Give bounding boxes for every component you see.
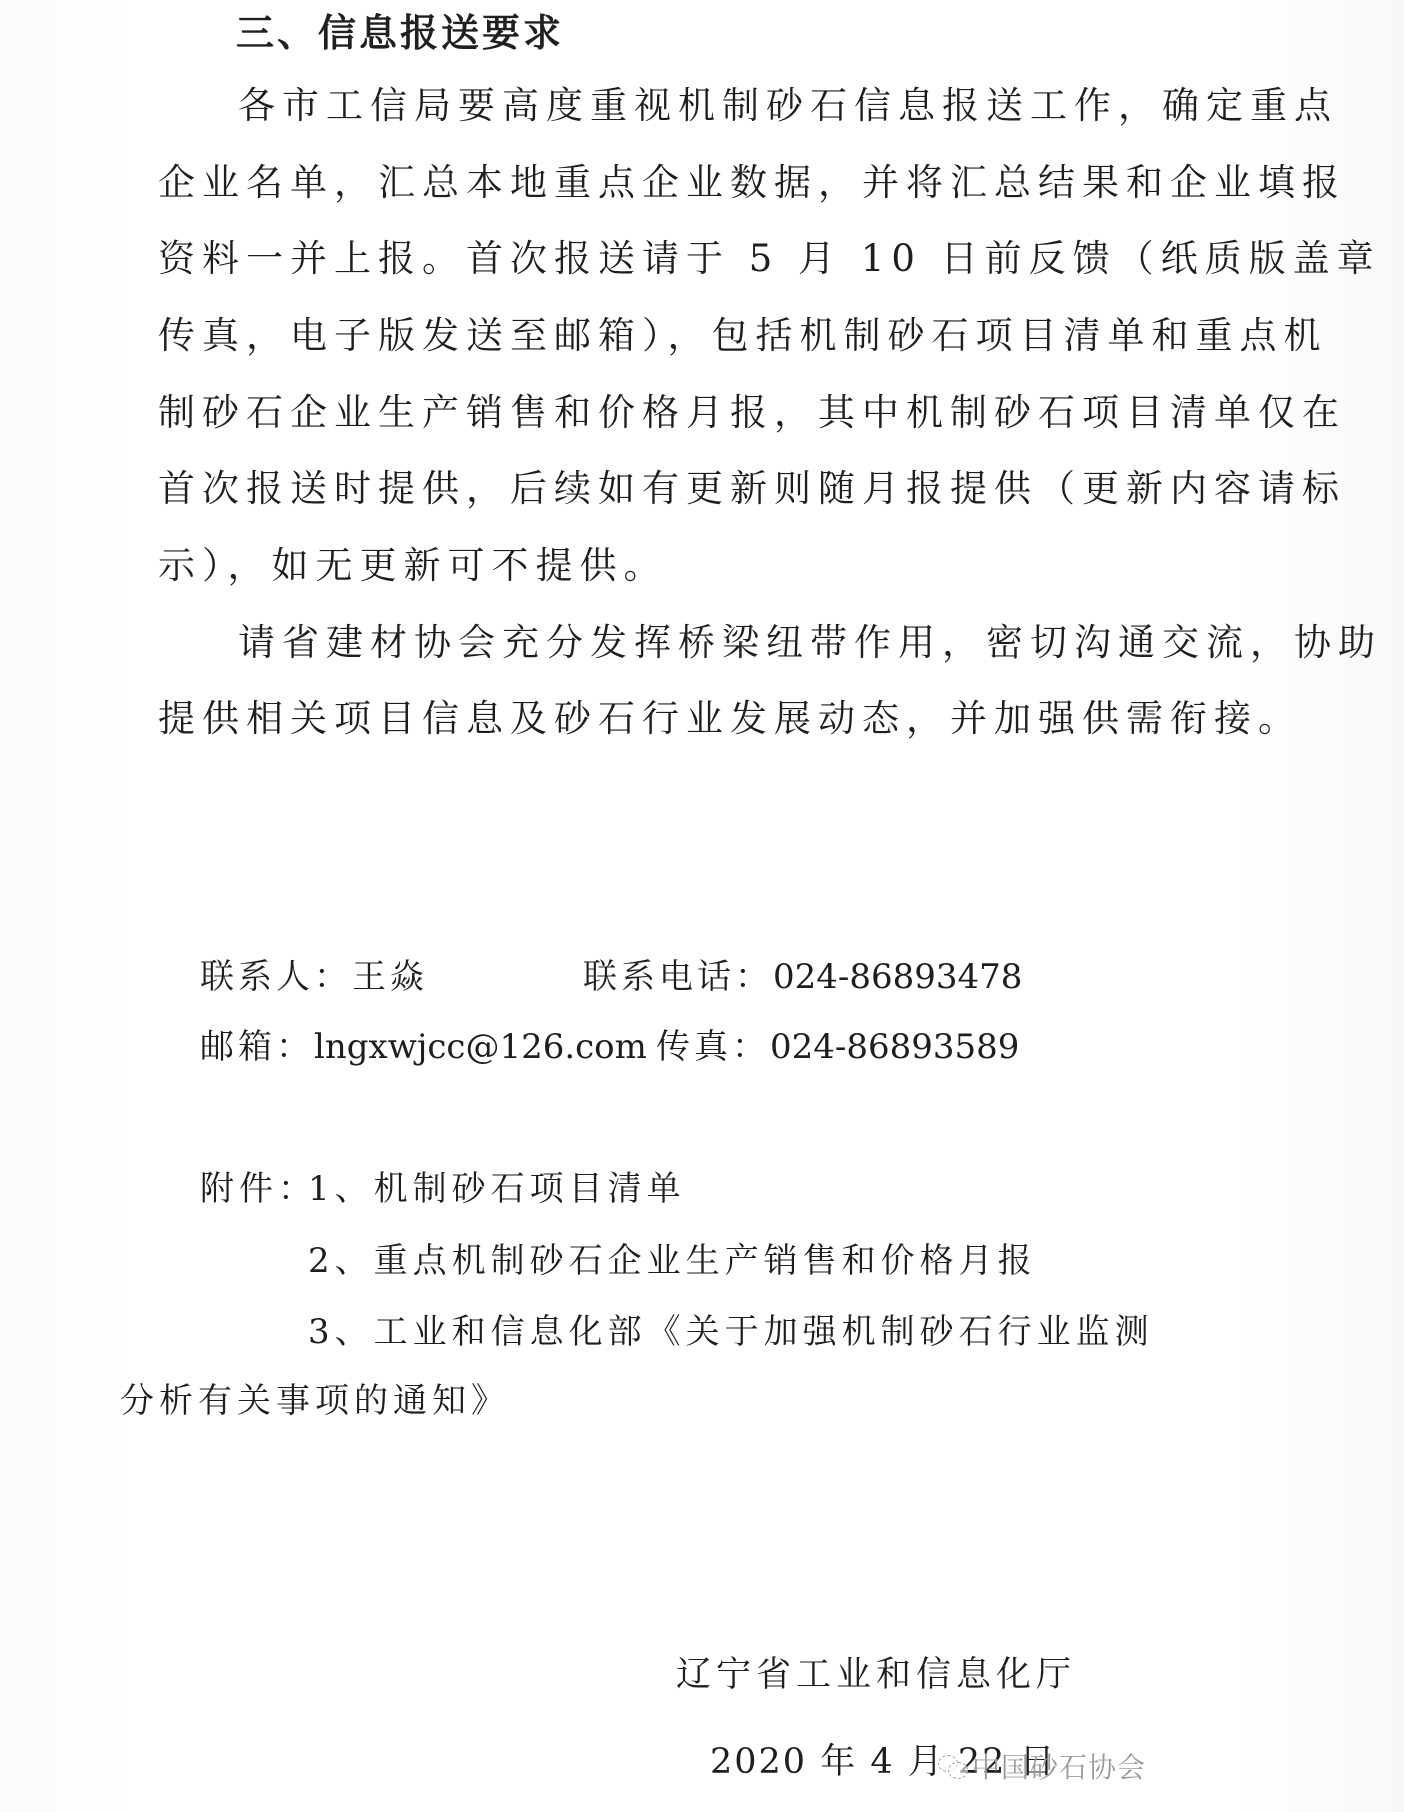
contact-phone-number: 024-86893478 <box>773 957 1022 997</box>
paragraph-line: 首次报送时提供，后续如有更新则随月报提供（更新内容请标 <box>158 470 1346 507</box>
paragraph-line: 企业名单，汇总本地重点企业数据，并将汇总结果和企业填报 <box>158 164 1346 201</box>
attachments-label: 附件： <box>200 1172 317 1206</box>
contact-fax-number: 024-86893589 <box>770 1027 1019 1067</box>
contact-fax: 传真：024-86893589 <box>656 1030 1019 1064</box>
contact-person-name: 王焱 <box>352 957 428 997</box>
attachment-item: 1、机制砂石项目清单 <box>308 1172 686 1206</box>
section-heading: 三、信息报送要求 <box>236 14 564 52</box>
paragraph-line: 制砂石企业生产销售和价格月报，其中机制砂石项目清单仅在 <box>158 394 1346 431</box>
attachment-item: 3、工业和信息化部《关于加强机制砂石行业监测 <box>308 1315 1154 1349</box>
paragraph-line: 提供相关项目信息及砂石行业发展动态，并加强供需衔接。 <box>158 700 1302 737</box>
contact-phone-label: 联系电话： <box>583 957 773 997</box>
contact-phone: 联系电话：024-86893478 <box>583 960 1022 994</box>
paragraph-line: 各市工信局要高度重视机制砂石信息报送工作，确定重点 <box>238 87 1338 124</box>
watermark-text: 中国砂石协会 <box>972 1746 1146 1786</box>
watermark: 中国砂石协会 <box>938 1746 1146 1786</box>
contact-email-address: lngxwjcc@126.com <box>314 1027 647 1067</box>
attachment-item-continuation: 分析有关事项的通知》 <box>120 1384 510 1418</box>
issuer-name: 辽宁省工业和信息化厅 <box>676 1658 1076 1693</box>
document-page: 三、信息报送要求 各市工信局要高度重视机制砂石信息报送工作，确定重点 企业名单，… <box>0 0 1404 1812</box>
contact-email: 邮箱：lngxwjcc@126.com <box>200 1030 647 1064</box>
contact-email-label: 邮箱： <box>200 1027 314 1067</box>
contact-person-label: 联系人： <box>200 957 352 997</box>
wechat-icon <box>938 1753 968 1779</box>
contact-fax-label: 传真： <box>656 1027 770 1067</box>
paragraph-line: 资料一并上报。首次报送请于 5 月 10 日前反馈（纸质版盖章 <box>158 240 1381 277</box>
paragraph-line: 示），如无更新可不提供。 <box>158 547 668 584</box>
contact-person: 联系人：王焱 <box>200 960 428 994</box>
paragraph-line: 传真，电子版发送至邮箱），包括机制砂石项目清单和重点机 <box>158 317 1328 354</box>
paragraph-line: 请省建材协会充分发挥桥梁纽带作用，密切沟通交流，协助 <box>238 624 1382 661</box>
attachment-item: 2、重点机制砂石企业生产销售和价格月报 <box>308 1244 1037 1278</box>
